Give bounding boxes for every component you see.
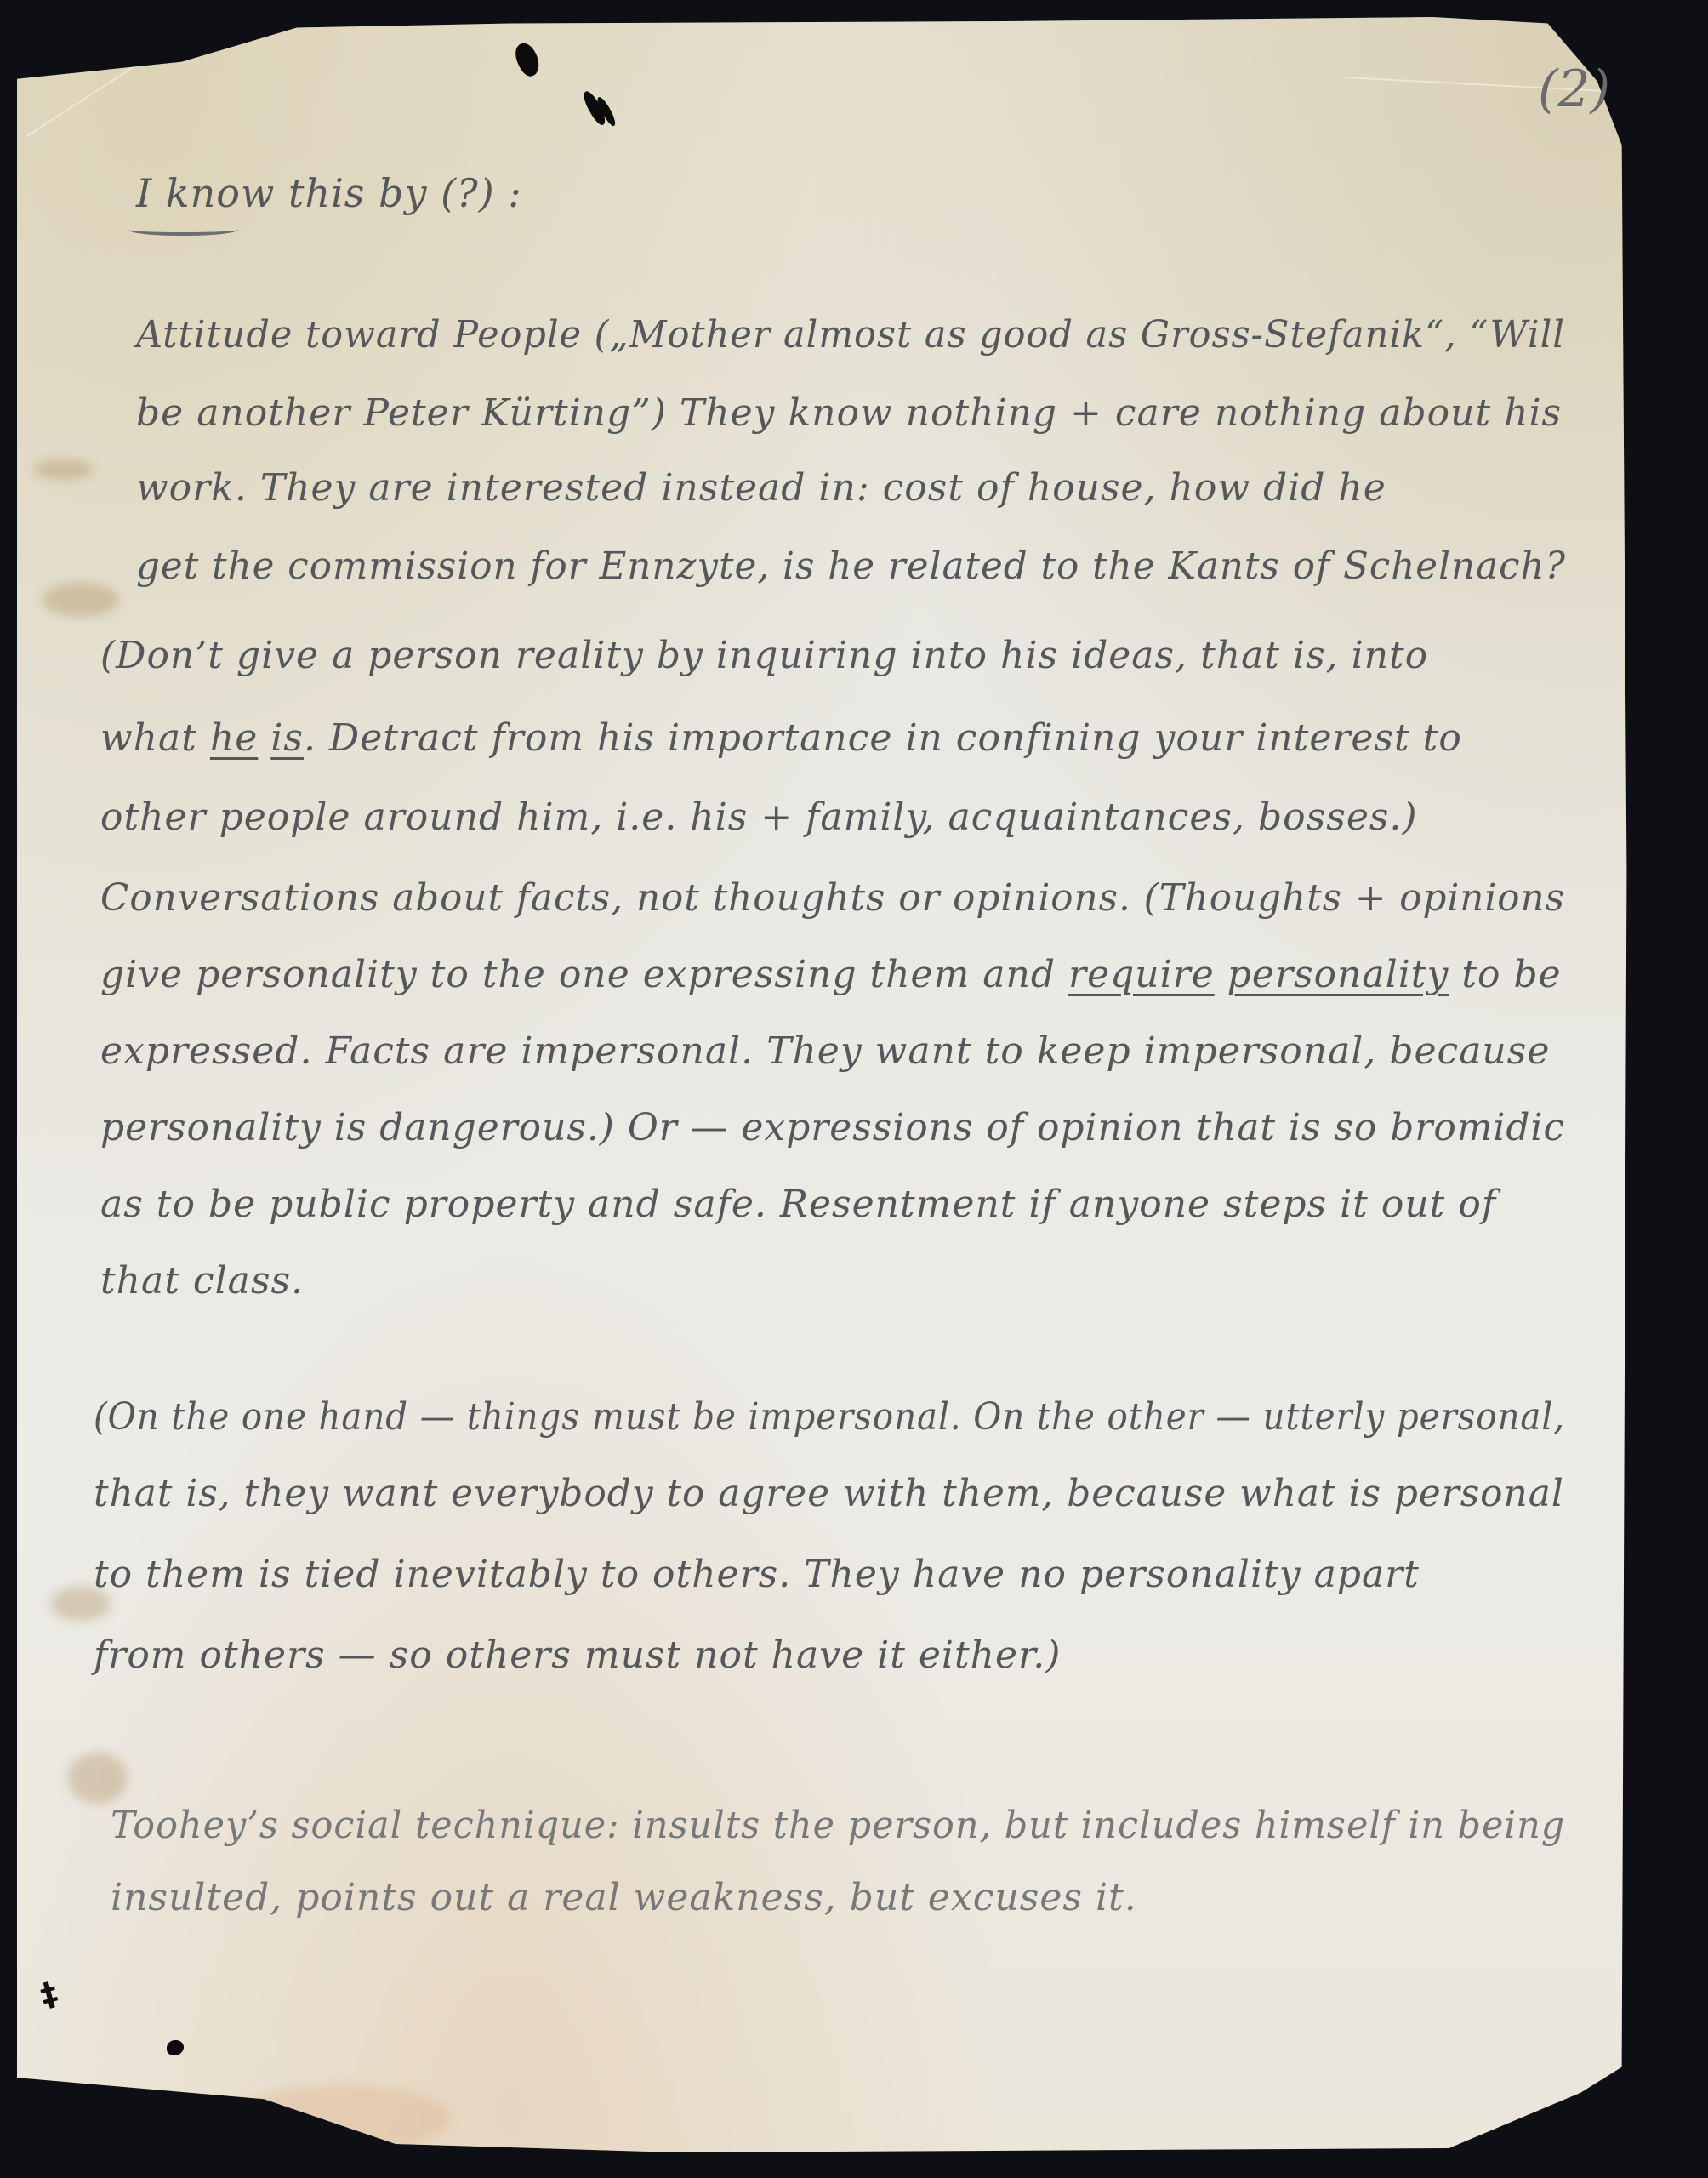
text-fragment: to be [1449,953,1561,996]
underlined-word: require [1068,953,1215,996]
foxing-stain [230,2084,451,2152]
text-fragment: give personality to the one expressing t… [100,953,1068,996]
text-line: work. They are interested instead in: co… [136,466,1386,510]
text-line: (Don’t give a person reality by inquirin… [100,634,1428,677]
page-heading: I know this by (?) : [136,170,522,216]
text-fragment: what [100,716,210,760]
page-number: (2) [1538,60,1610,119]
text-line: be another Peter Kürting”) They know not… [136,391,1562,435]
foxing-stain [34,459,94,480]
text-line: from others — so others must not have it… [94,1633,1061,1677]
manuscript-scan: (2) I know this by (?) : Attitude toward… [0,0,1708,2178]
text-line: that class. [100,1259,304,1303]
foxing-stain [43,583,119,617]
underlined-word: he [210,716,258,760]
underlined-word: personality [1227,953,1449,996]
text-line: as to be public property and safe. Resen… [100,1183,1496,1226]
text-line: insulted, points out a real weakness, bu… [111,1876,1137,1919]
text-line: Conversations about facts, not thoughts … [100,876,1565,920]
foxing-stain [68,1753,128,1804]
paper-crease [25,16,211,138]
underlined-word: is [270,716,304,760]
text-line: give personality to the one expressing t… [100,953,1562,996]
text-line: personality is dangerous.) Or — expressi… [100,1106,1565,1149]
text-line: Attitude toward People („Mother almost a… [136,313,1565,356]
text-line: get the commission for Ennzyte, is he re… [136,544,1566,588]
text-line: (On the one hand — things must be impers… [94,1395,1565,1439]
heading-underline [128,224,238,236]
text-line: other people around him, i.e. his + fami… [100,795,1418,839]
text-line: expressed. Facts are impersonal. They wa… [100,1029,1550,1073]
text-line: that is, they want everybody to agree wi… [94,1472,1564,1515]
text-line: to them is tied inevitably to others. Th… [94,1553,1420,1596]
text-fragment: . Detract from his importance in confini… [304,716,1462,760]
text-line: what he is. Detract from his importance … [100,716,1462,760]
text-line: Toohey’s social technique: insults the p… [111,1804,1565,1847]
